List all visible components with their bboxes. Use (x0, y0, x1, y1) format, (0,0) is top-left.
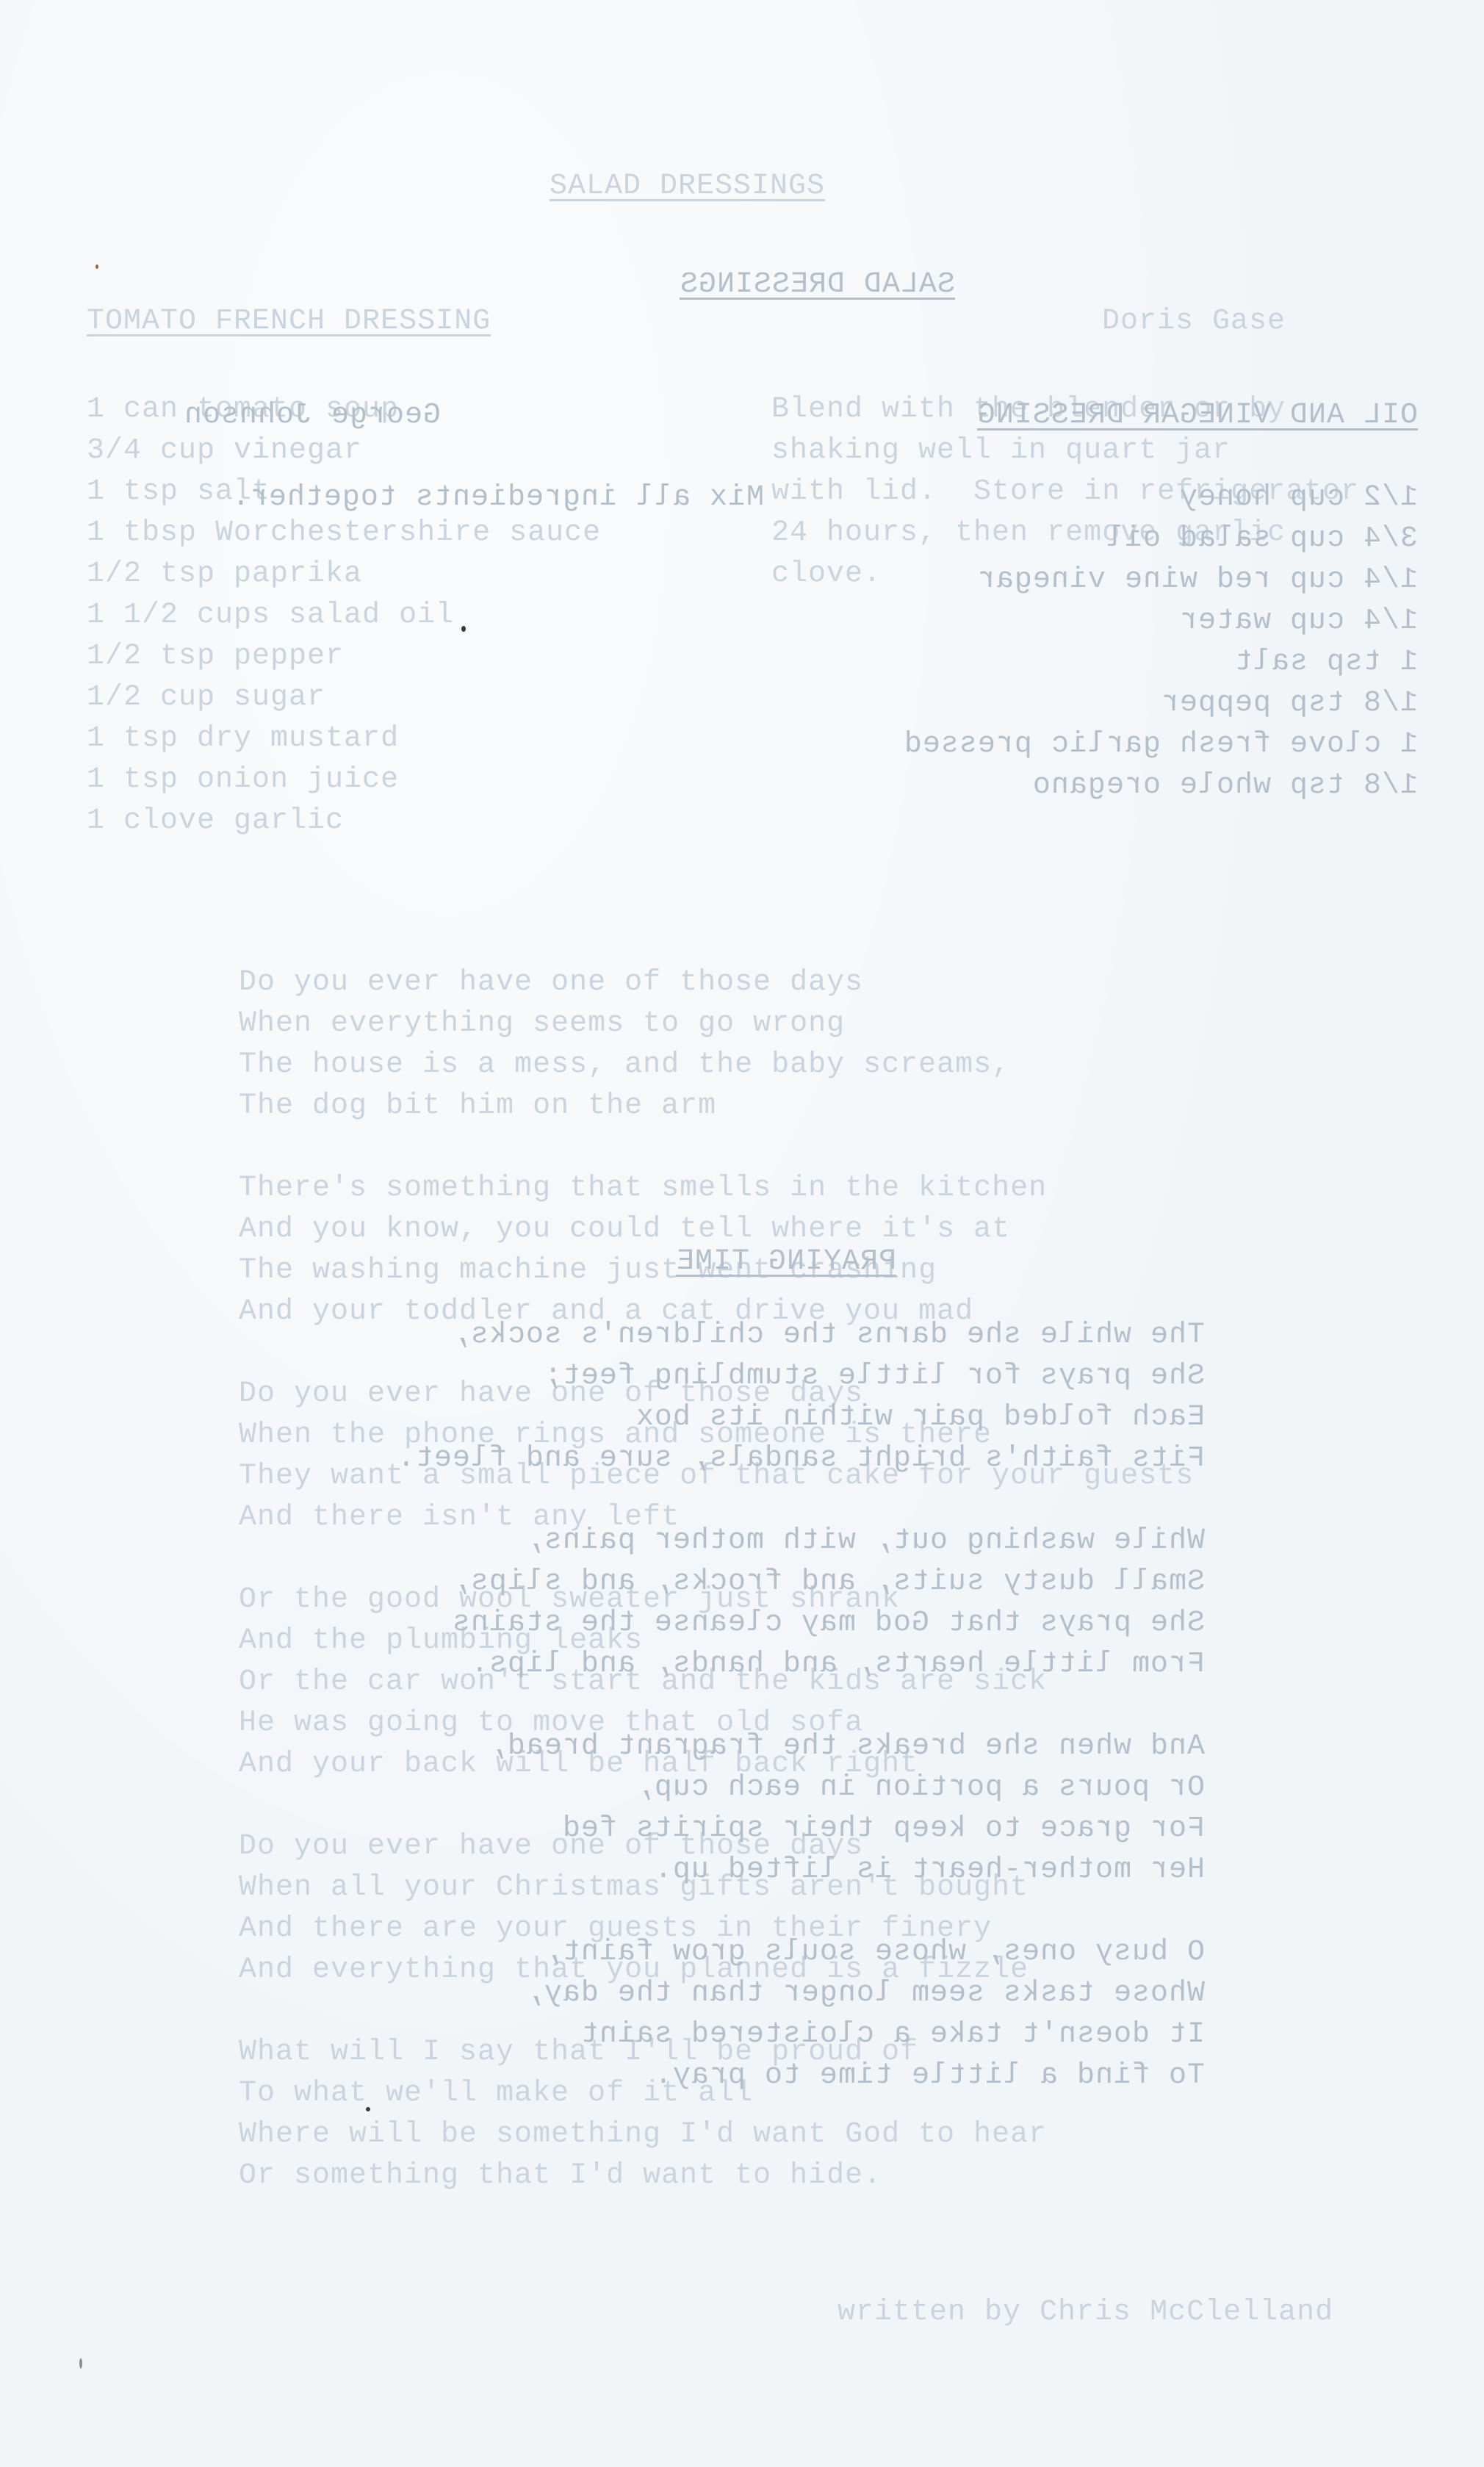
poem-line: To find a little time to pray. (397, 2056, 1205, 2097)
dust-speck (461, 626, 466, 632)
reverse-poem: The while she darns the children's socks… (397, 1315, 1205, 2097)
reverse-showthrough-text: SALAD DRESSINGS OIL AND VINEGAR DRESSING… (0, 0, 1484, 2467)
dust-speck (96, 264, 98, 269)
poem-line (397, 1891, 1205, 1932)
ingredient: 1 clove fresh garlic pressed (904, 724, 1418, 766)
poem-line (397, 1685, 1205, 1726)
reverse-directions: Mix all ingredients together. (231, 478, 764, 519)
ingredient: 1/4 cup water (904, 601, 1418, 642)
dust-speck (79, 2358, 82, 2369)
poem-line: Or pours a portion in each cup, (397, 1768, 1205, 1809)
poem-line: O busy ones, whose souls grow faint, (397, 1932, 1205, 1973)
reverse-page-title: SALAD DRESSINGS (680, 264, 955, 306)
poem-line: It doesn't take a cloistered saint (397, 2014, 1205, 2056)
poem-line: The while she darns the children's socks… (397, 1315, 1205, 1356)
ingredient: 1 tsp salt (904, 642, 1418, 683)
poem-line: Her mother-heart is lifted up. (397, 1850, 1205, 1891)
poem-line: Each folded pair within its box (397, 1397, 1205, 1438)
poem-line: She prays for little stumbling feet; (397, 1356, 1205, 1397)
ingredient: 1/2 cup honey (904, 478, 1418, 519)
dust-speck (366, 2107, 370, 2111)
reverse-recipe-title: OIL AND VINEGAR DRESSING (977, 395, 1418, 436)
poem-line: For grace to keep their spirits fed (397, 1809, 1205, 1850)
ingredient: 1/8 tsp whole oregano (904, 766, 1418, 807)
poem-line: She prays that God may cleanse the stain… (397, 1603, 1205, 1644)
poem-line: Whose tasks seem longer than the day, (397, 1973, 1205, 2014)
poem-line: While washing out, with mother pains, (397, 1521, 1205, 1562)
poem-line: From little hearts, and hands, and lips. (397, 1644, 1205, 1685)
reverse-poem-title: PRAYING TIME (676, 1242, 896, 1283)
reverse-recipe-author: George Johnson (184, 395, 441, 436)
ingredient: 1/8 tsp pepper (904, 683, 1418, 724)
poem-line (397, 1480, 1205, 1521)
poem-line: Small dusty suits, and frocks, and slips… (397, 1562, 1205, 1603)
ingredient: 1/4 cup red wine vinegar (904, 560, 1418, 601)
reverse-ingredient-list: 1/2 cup honey 3/4 cup salad oil 1/4 cup … (904, 478, 1418, 807)
ingredient: 3/4 cup salad oil (904, 519, 1418, 560)
poem-line: And when she breaks the fragrant bread, (397, 1726, 1205, 1768)
poem-line: Fits faith's bright sandals, sure and fl… (397, 1438, 1205, 1480)
